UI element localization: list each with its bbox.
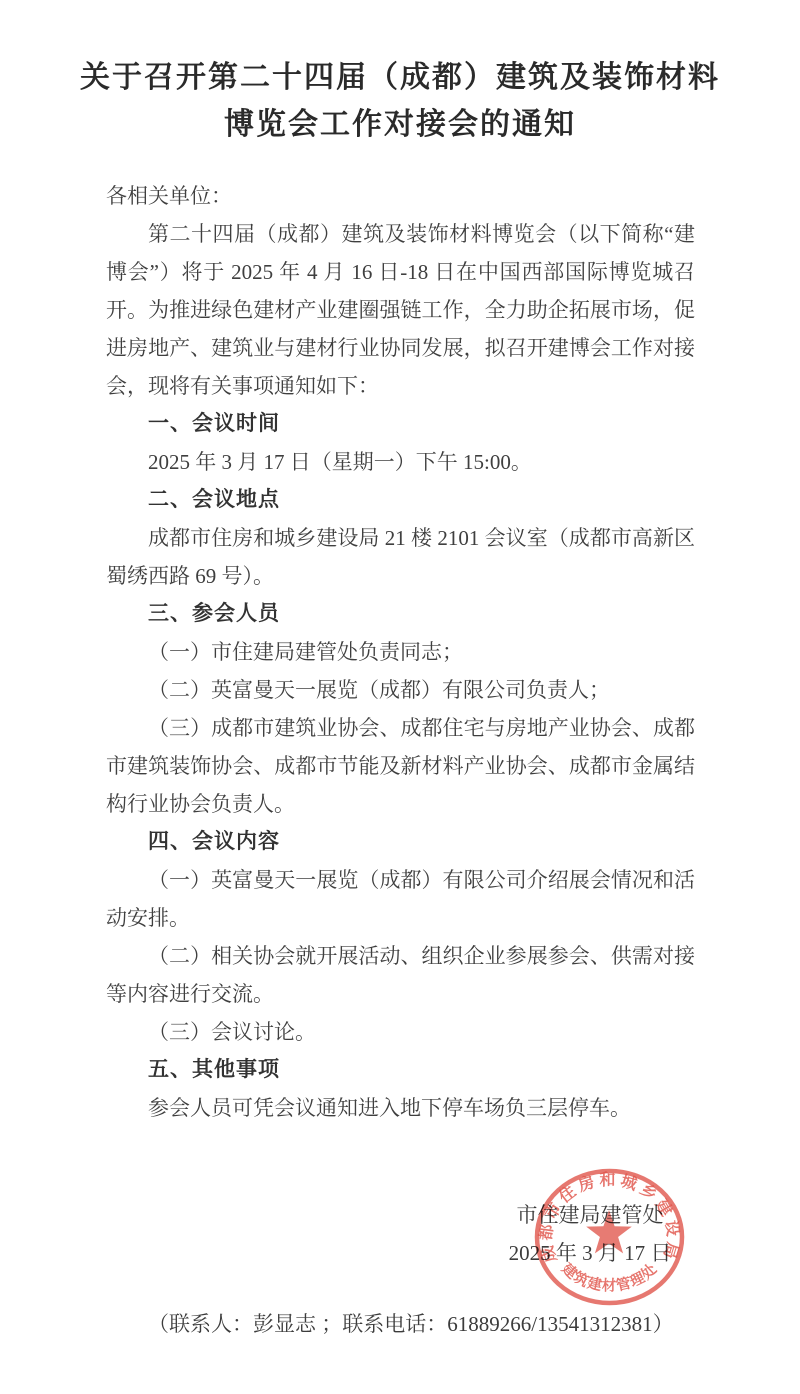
section-3-heading: 三、参会人员 xyxy=(106,595,695,633)
section-3-paragraph-2: （二）英富曼天一展览（成都）有限公司负责人； xyxy=(106,671,695,709)
salutation: 各相关单位： xyxy=(106,177,695,215)
section-4-paragraph-1: （一）英富曼天一展览（成都）有限公司介绍展会情况和活动安排。 xyxy=(106,861,695,937)
contact-line: （联系人：彭显志 ；联系电话：61889266/13541312381） xyxy=(148,1305,674,1343)
signature-department: 市住建局建管处 xyxy=(438,1196,742,1234)
signature-block: 市住建局建管处 2025 年 3 月 17 日 xyxy=(438,1196,742,1272)
notice-document-page: 关于召开第二十四届（成都）建筑及装饰材料 博览会工作对接会的通知 各相关单位： … xyxy=(0,0,800,1394)
document-body: 各相关单位： 第二十四届（成都）建筑及装饰材料博览会（以下简称“建博会”）将于 … xyxy=(106,177,695,1127)
section-3-paragraph-3: （三）成都市建筑业协会、成都住宅与房地产业协会、成都市建筑装饰协会、成都市节能及… xyxy=(106,709,695,823)
section-4-paragraph-2: （二）相关协会就开展活动、组织企业参展参会、供需对接等内容进行交流。 xyxy=(106,937,695,1013)
intro-paragraph: 第二十四届（成都）建筑及装饰材料博览会（以下简称“建博会”）将于 2025 年 … xyxy=(106,215,695,405)
section-4-heading: 四、会议内容 xyxy=(106,823,695,861)
section-3-paragraph-1: （一）市住建局建管处负责同志； xyxy=(106,633,695,671)
section-1-paragraph: 2025 年 3 月 17 日（星期一）下午 15:00。 xyxy=(106,443,695,481)
section-4-paragraph-3: （三）会议讨论。 xyxy=(106,1013,695,1051)
section-5-paragraph: 参会人员可凭会议通知进入地下停车场负三层停车。 xyxy=(106,1089,695,1127)
section-2-paragraph: 成都市住房和城乡建设局 21 楼 2101 会议室（成都市高新区蜀绣西路 69 … xyxy=(106,519,695,595)
section-2-heading: 二、会议地点 xyxy=(106,481,695,519)
document-title-line1: 关于召开第二十四届（成都）建筑及装饰材料 xyxy=(60,54,740,101)
signature-date: 2025 年 3 月 17 日 xyxy=(438,1234,742,1272)
section-1-heading: 一、会议时间 xyxy=(106,405,695,443)
document-title: 关于召开第二十四届（成都）建筑及装饰材料 博览会工作对接会的通知 xyxy=(60,54,740,148)
document-title-line2: 博览会工作对接会的通知 xyxy=(60,101,740,148)
section-5-heading: 五、其他事项 xyxy=(106,1051,695,1089)
